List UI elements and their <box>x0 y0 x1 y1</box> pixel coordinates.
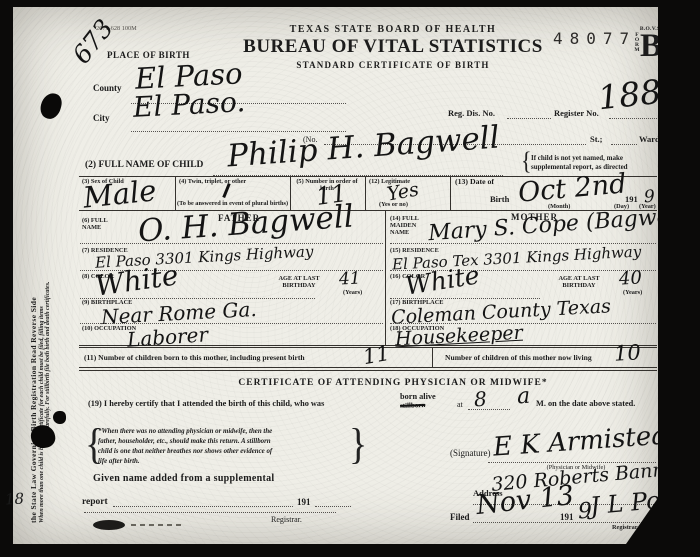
legitimate-note: (Yes or no) <box>379 201 408 208</box>
mother-age-handwritten: 40 <box>619 269 643 288</box>
standard-subtitle: STANDARD CERTIFICATE OF BIRTH <box>228 60 558 70</box>
note-line-4: life after birth. <box>98 457 348 467</box>
register-label: Register No. <box>554 109 599 119</box>
certificate-scan: 2671-628 100M PLACE OF BIRTH TEXAS STATE… <box>0 0 700 557</box>
city-handwritten: El Paso. <box>132 88 246 122</box>
unnamed-note: If child is not yet named, make suppleme… <box>531 154 658 172</box>
grid-divider-1 <box>175 176 176 210</box>
father-name-label: (6) FULL NAME <box>82 217 116 231</box>
father-age-handwritten: 41 <box>339 270 362 288</box>
children-living-label: Number of children of this mother now li… <box>445 354 592 363</box>
left-registrar-label: Registrar. <box>271 515 302 524</box>
reg-dis-fill <box>507 110 551 119</box>
margin-note-italic-2: carefully. For stillbirth file both birt… <box>45 188 51 523</box>
city-fill-line <box>131 123 346 132</box>
birth-word: Birth <box>490 195 509 205</box>
children-born-handwritten: 11 <box>361 343 391 368</box>
father-years-note: (Years) <box>343 289 362 296</box>
children-living-handwritten: 10 <box>613 342 641 364</box>
date-of-label: (13) Date of <box>455 178 494 187</box>
at-word: at <box>457 400 463 409</box>
reg-dis-label: Reg. Dis. No. <box>448 109 495 119</box>
header-titles: TEXAS STATE BOARD OF HEALTH BUREAU OF VI… <box>228 24 558 70</box>
grid-divider-4 <box>450 176 451 210</box>
form-b-badge: B.O.V.S. FORM B <box>620 26 658 60</box>
sex-handwritten: Male <box>82 176 158 213</box>
note-line-1: *When there was no attending physician o… <box>98 427 348 437</box>
margin-note: the State Law Governing Birth Registrati… <box>29 188 51 523</box>
ink-blot-icon <box>53 411 66 424</box>
board-title: TEXAS STATE BOARD OF HEALTH <box>228 24 558 35</box>
stats-bottom-rule-2 <box>79 370 657 371</box>
note-close-brace: } <box>349 422 367 466</box>
corner-number-handwritten: 18 <box>5 492 25 508</box>
grid-divider-3 <box>365 176 366 210</box>
hour-handwritten: 8 <box>473 389 487 410</box>
parent-column-divider <box>385 210 386 345</box>
st-label: St.; <box>590 135 603 145</box>
ink-blot-icon <box>38 91 64 121</box>
twin-handwritten-mark <box>222 183 230 198</box>
twin-label: (4) Twin, triplet, or other <box>179 178 257 185</box>
county-label: County <box>93 83 122 93</box>
stats-divider <box>432 347 433 367</box>
signature-label: (Signature) <box>450 448 491 458</box>
bureau-title: BUREAU OF VITAL STATISTICS <box>228 36 558 58</box>
father-birthplace-fill <box>80 315 383 324</box>
form-letter-b: B <box>640 32 658 60</box>
physician-section-title: CERTIFICATE OF ATTENDING PHYSICIAN OR MI… <box>183 378 603 388</box>
father-name-fill <box>80 235 383 244</box>
mother-birthplace-fill <box>390 315 656 324</box>
register-number-handwritten: 1889 <box>597 73 658 115</box>
margin-note-bold: the State Law Governing Birth Registrati… <box>29 188 38 523</box>
ward-fill <box>611 136 637 145</box>
children-born-label: (11) Number of children born to this mot… <box>84 354 305 363</box>
mother-color-fill <box>390 290 540 299</box>
father-color-fill <box>80 290 315 299</box>
mother-age-label: AGE AT LAST BIRTHDAY <box>548 275 610 289</box>
mother-name-fill <box>390 235 656 244</box>
filed-label: Filed <box>450 512 470 522</box>
father-age-label: AGE AT LAST BIRTHDAY <box>268 275 330 289</box>
birth-date-handwritten: Oct 2nd <box>517 170 627 206</box>
city-label: City <box>93 113 110 123</box>
child-name-label: (2) FULL NAME OF CHILD <box>85 160 203 171</box>
unnamed-note-brace: { <box>521 148 532 173</box>
ward-label: Ward) <box>639 135 658 145</box>
note-line-3: child is one that neither breathes nor s… <box>98 447 348 457</box>
torn-corner-shadow <box>626 498 658 544</box>
certify-text-pre: (19) I hereby certify that I attended th… <box>88 399 324 409</box>
meridiem-handwritten: a <box>516 386 530 409</box>
left-registrar-fill <box>84 504 336 513</box>
physician-note: *When there was no attending physician o… <box>98 427 348 467</box>
printer-stamp-icon <box>93 520 125 530</box>
stillborn-option-struck: stillborn <box>400 400 450 410</box>
printer-stamp-marks <box>131 524 183 526</box>
certificate-paper: 2671-628 100M PLACE OF BIRTH TEXAS STATE… <box>13 7 658 544</box>
unnamed-note-line1: If child is not yet named, make <box>531 154 658 163</box>
note-line-2: father, householder, etc., should make t… <box>98 437 348 447</box>
month-note: (Month) <box>548 203 570 210</box>
certify-text-post: M. on the date above stated. <box>536 399 635 409</box>
supplemental-line: Given name added from a supplemental <box>93 473 274 485</box>
born-alive-stack: born alive stillborn <box>400 392 450 409</box>
mother-years-note: (Years) <box>623 289 642 296</box>
